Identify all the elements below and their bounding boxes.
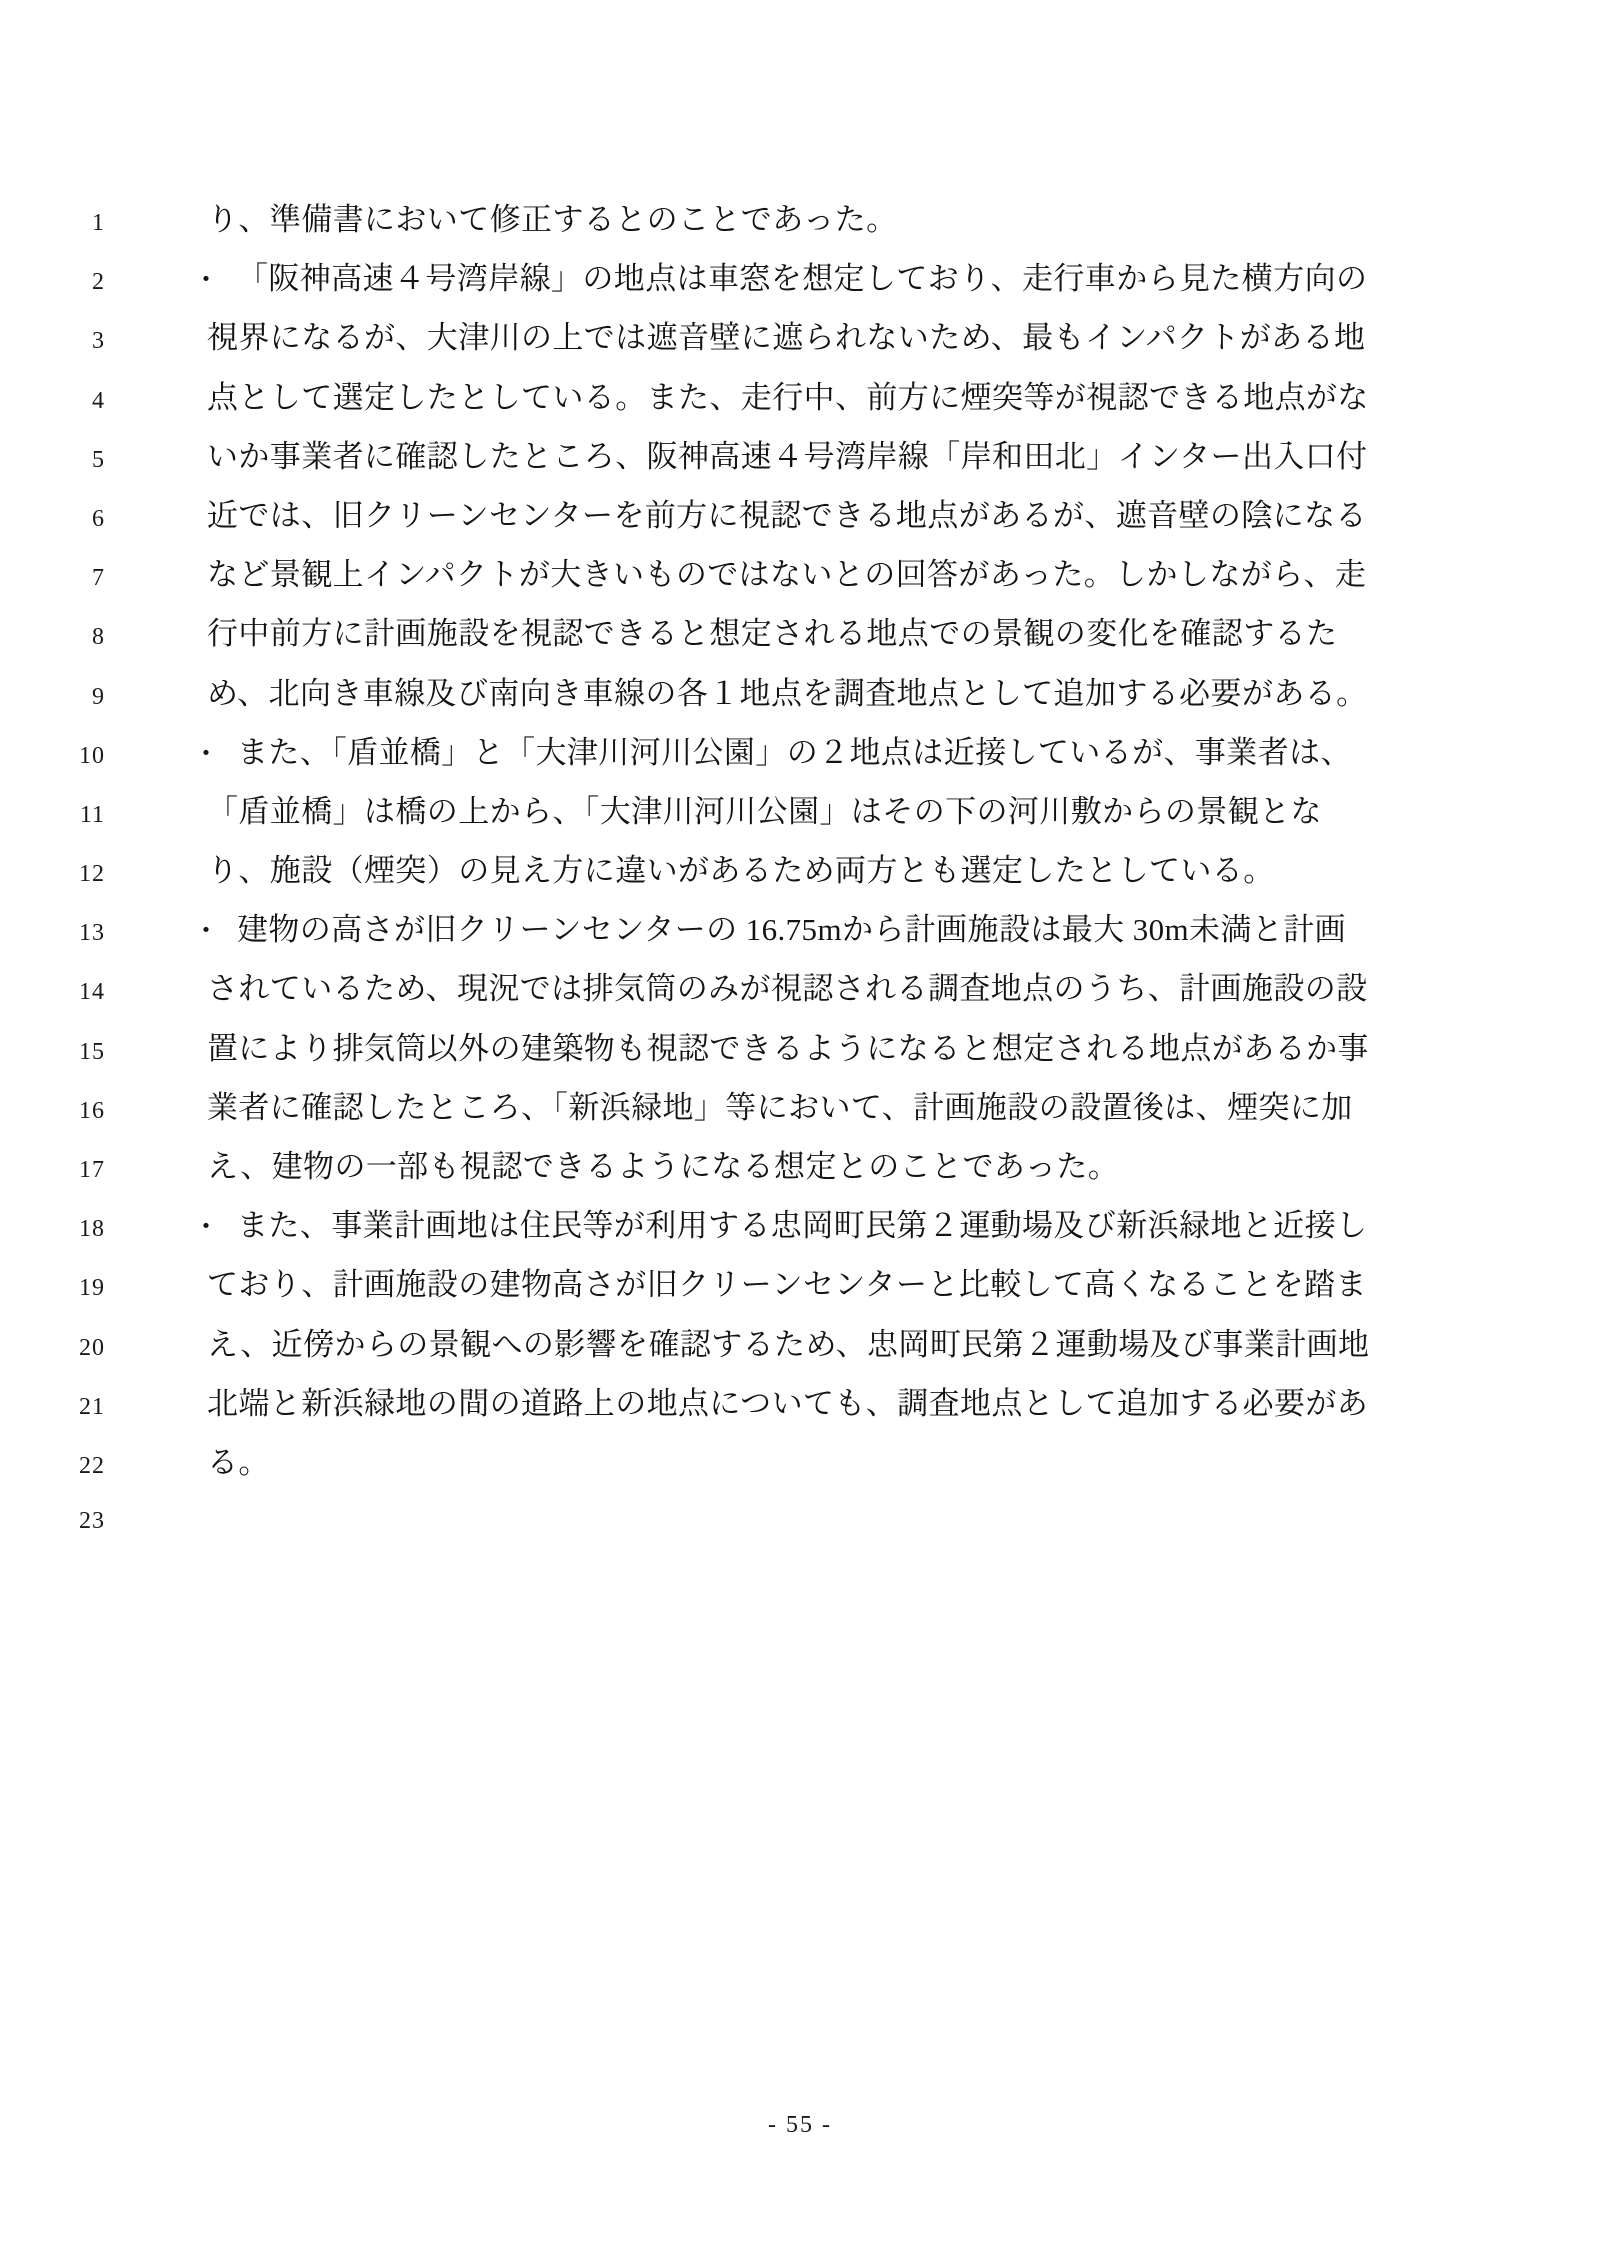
line-number: 19: [0, 1259, 105, 1318]
document-line: 19 ており、計画施設の建物高さが旧クリーンセンターと比較して高くなることを踏ま: [0, 1255, 1600, 1314]
line-text: え、近傍からの景観への影響を確認するため、忠岡町民第２運動場及び事業計画地: [192, 1315, 1477, 1374]
document-line: 22 る。: [0, 1433, 1600, 1492]
line-number: 9: [0, 668, 105, 727]
document-line: 14 されているため、現況では排気筒のみが視認される調査地点のうち、計画施設の設: [0, 959, 1600, 1018]
document-line: 4 点として選定したとしている。また、走行中、前方に煙突等が視認できる地点がな: [0, 368, 1600, 427]
document-line: 10 ・また、「盾並橋」と「大津川河川公園」の２地点は近接しているが、事業者は、: [0, 723, 1600, 782]
line-text: え、建物の一部も視認できるようになる想定とのことであった。: [192, 1137, 1477, 1196]
line-number: 2: [0, 253, 105, 312]
document-line: 20 え、近傍からの景観への影響を確認するため、忠岡町民第２運動場及び事業計画地: [0, 1315, 1600, 1374]
document-line: 15 置により排気筒以外の建築物も視認できるようになると想定される地点があるか事: [0, 1019, 1600, 1078]
line-number: 15: [0, 1023, 105, 1082]
line-text: 点として選定したとしている。また、走行中、前方に煙突等が視認できる地点がな: [192, 368, 1477, 427]
line-number: 6: [0, 490, 105, 549]
line-number: 21: [0, 1378, 105, 1437]
document-line: 9 め、北向き車線及び南向き車線の各１地点を調査地点として追加する必要がある。: [0, 664, 1600, 723]
line-text: 業者に確認したところ、「新浜緑地」等において、計画施設の設置後は、煙突に加: [192, 1078, 1477, 1137]
line-text: いか事業者に確認したところ、阪神高速４号湾岸線「岸和田北」インター出入口付: [192, 427, 1477, 486]
document-line: 12 り、施設（煙突）の見え方に違いがあるため両方とも選定したとしている。: [0, 841, 1600, 900]
line-text: る。: [192, 1433, 1477, 1492]
line-number: 17: [0, 1141, 105, 1200]
document-line: 1 り、準備書において修正するとのことであった。: [0, 190, 1600, 249]
line-number: 12: [0, 845, 105, 904]
line-text: め、北向き車線及び南向き車線の各１地点を調査地点として追加する必要がある。: [192, 664, 1477, 723]
line-text: 「盾並橋」は橋の上から、「大津川河川公園」はその下の河川敷からの景観とな: [192, 782, 1477, 841]
line-text: 置により排気筒以外の建築物も視認できるようになると想定される地点があるか事: [192, 1019, 1477, 1078]
bullet-marker: ・: [192, 251, 237, 310]
document-line: 18 ・また、事業計画地は住民等が利用する忠岡町民第２運動場及び新浜緑地と近接し: [0, 1196, 1600, 1255]
line-text: 視界になるが、大津川の上では遮音壁に遮られないため、最もインパクトがある地: [192, 308, 1477, 367]
line-number: 3: [0, 312, 105, 371]
document-line: 2 ・「阪神高速４号湾岸線」の地点は車窓を想定しており、走行車から見た横方向の: [0, 249, 1600, 308]
document-line: 11 「盾並橋」は橋の上から、「大津川河川公園」はその下の河川敷からの景観とな: [0, 782, 1600, 841]
line-number: 11: [0, 786, 105, 845]
line-text: ており、計画施設の建物高さが旧クリーンセンターと比較して高くなることを踏ま: [192, 1255, 1477, 1314]
line-text: り、準備書において修正するとのことであった。: [192, 190, 1477, 249]
line-text: ・「阪神高速４号湾岸線」の地点は車窓を想定しており、走行車から見た横方向の: [192, 249, 1462, 310]
document-line: 16 業者に確認したところ、「新浜緑地」等において、計画施設の設置後は、煙突に加: [0, 1078, 1600, 1137]
line-text: ・また、事業計画地は住民等が利用する忠岡町民第２運動場及び新浜緑地と近接し: [192, 1196, 1462, 1257]
line-text: 近では、旧クリーンセンターを前方に視認できる地点があるが、遮音壁の陰になる: [192, 486, 1477, 545]
bullet-marker: ・: [192, 902, 237, 961]
line-number: 20: [0, 1319, 105, 1378]
line-number: 22: [0, 1437, 105, 1496]
document-line: 5 いか事業者に確認したところ、阪神高速４号湾岸線「岸和田北」インター出入口付: [0, 427, 1600, 486]
line-number: 23: [0, 1492, 105, 1551]
line-number: 18: [0, 1200, 105, 1259]
document-line: 6 近では、旧クリーンセンターを前方に視認できる地点があるが、遮音壁の陰になる: [0, 486, 1600, 545]
document-body: 1 り、準備書において修正するとのことであった。 2 ・「阪神高速４号湾岸線」の…: [0, 190, 1600, 1551]
document-line: 8 行中前方に計画施設を視認できると想定される地点での景観の変化を確認するた: [0, 604, 1600, 663]
document-line: 21 北端と新浜緑地の間の道路上の地点についても、調査地点として追加する必要があ: [0, 1374, 1600, 1433]
document-line: 13 ・建物の高さが旧クリーンセンターの 16.75mから計画施設は最大 30m…: [0, 900, 1600, 959]
line-number: 5: [0, 431, 105, 490]
line-number: 7: [0, 549, 105, 608]
line-number: 13: [0, 904, 105, 963]
document-line: 3 視界になるが、大津川の上では遮音壁に遮られないため、最もインパクトがある地: [0, 308, 1600, 367]
line-text: ・建物の高さが旧クリーンセンターの 16.75mから計画施設は最大 30m未満と…: [192, 900, 1462, 961]
line-number: 10: [0, 727, 105, 786]
line-text: ・また、「盾並橋」と「大津川河川公園」の２地点は近接しているが、事業者は、: [192, 723, 1462, 784]
bullet-marker: ・: [192, 725, 237, 784]
page-number: - 55 -: [0, 2112, 1600, 2139]
line-number: 16: [0, 1082, 105, 1141]
line-text: されているため、現況では排気筒のみが視認される調査地点のうち、計画施設の設: [192, 959, 1477, 1018]
line-number: 14: [0, 963, 105, 1022]
line-number: 4: [0, 372, 105, 431]
line-text: 行中前方に計画施設を視認できると想定される地点での景観の変化を確認するた: [192, 604, 1477, 663]
line-text: 北端と新浜緑地の間の道路上の地点についても、調査地点として追加する必要があ: [192, 1374, 1477, 1433]
bullet-marker: ・: [192, 1198, 237, 1257]
document-line: 7 など景観上インパクトが大きいものではないとの回答があった。しかしながら、走: [0, 545, 1600, 604]
line-number: 1: [0, 194, 105, 253]
line-number: 8: [0, 608, 105, 667]
line-text: など景観上インパクトが大きいものではないとの回答があった。しかしながら、走: [192, 545, 1477, 604]
document-line: 17 え、建物の一部も視認できるようになる想定とのことであった。: [0, 1137, 1600, 1196]
document-line: 23: [0, 1492, 1600, 1551]
line-text: り、施設（煙突）の見え方に違いがあるため両方とも選定したとしている。: [192, 841, 1477, 900]
document-page: 1 り、準備書において修正するとのことであった。 2 ・「阪神高速４号湾岸線」の…: [0, 0, 1600, 2263]
